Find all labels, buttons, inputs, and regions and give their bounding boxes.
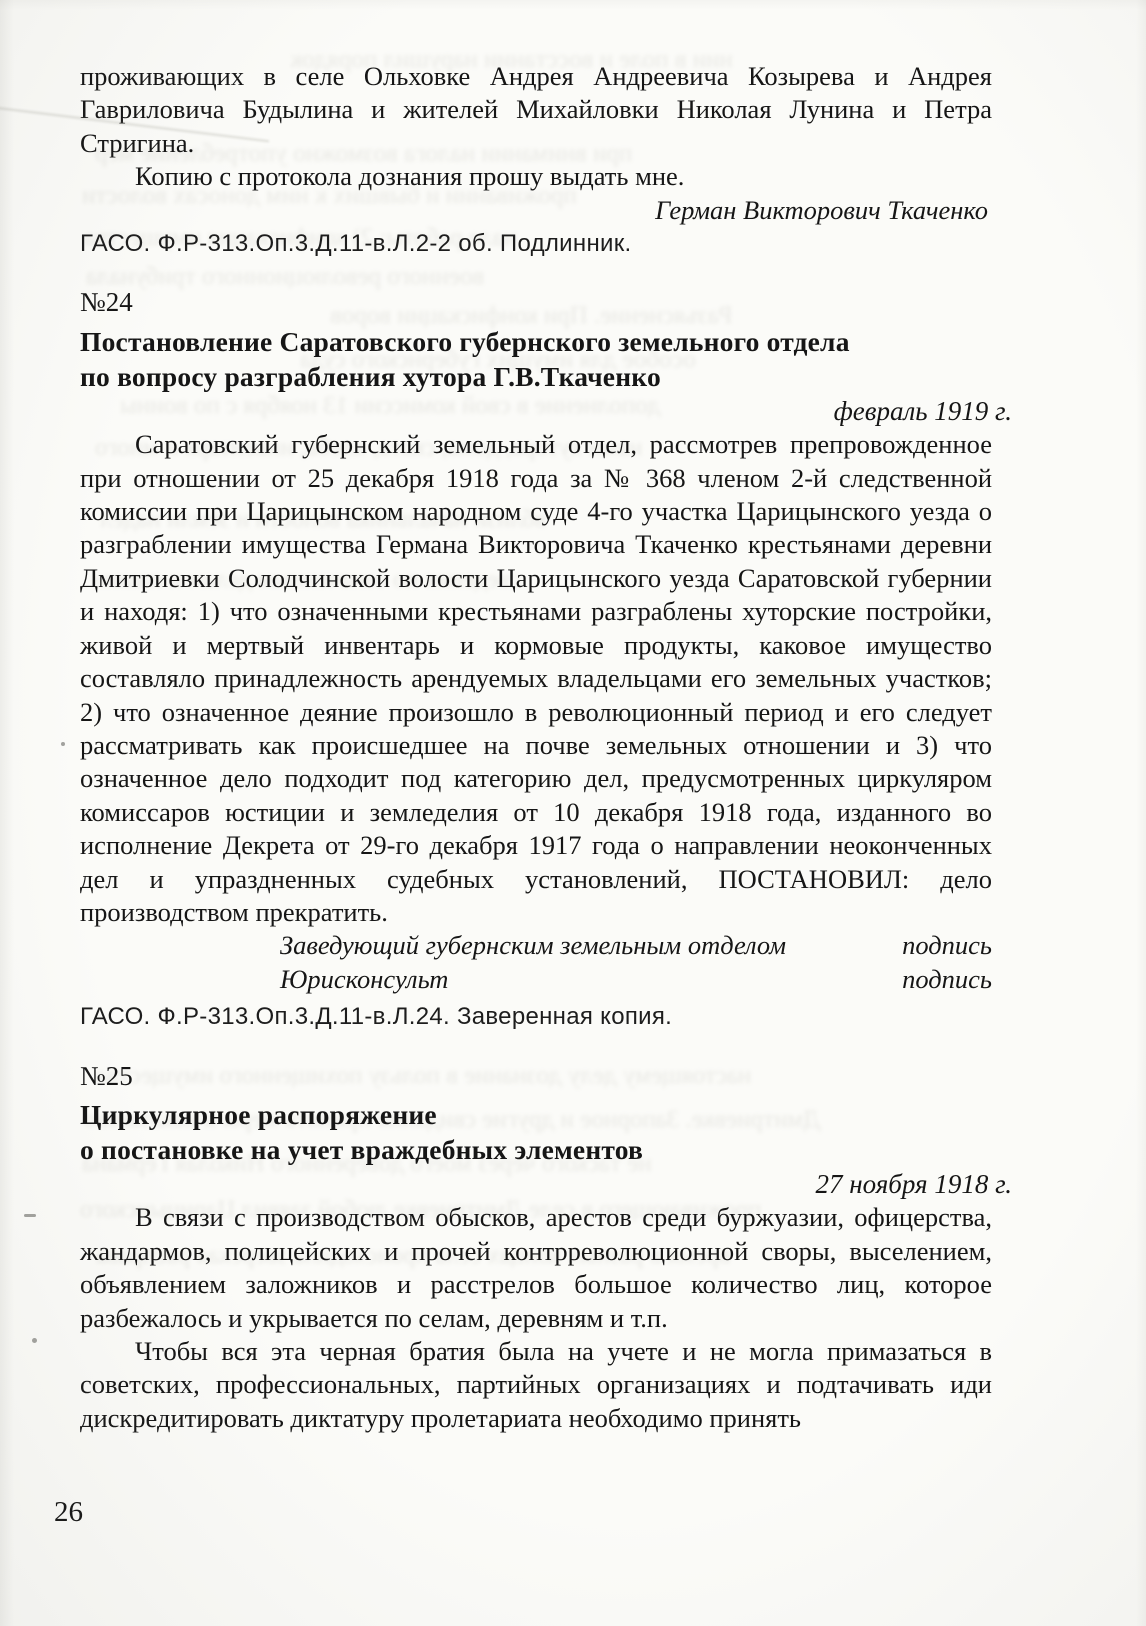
document-title-line: Циркулярное распоряжение <box>80 1097 992 1132</box>
scan-speck <box>24 1214 36 1217</box>
scan-speck <box>32 1338 37 1343</box>
paragraph: Саратовский губернский земельный отдел, … <box>80 428 992 929</box>
signature-mark: подпись <box>902 963 992 996</box>
document-number: №24 <box>80 286 992 319</box>
signatory-role: Юрисконсульт <box>280 963 448 996</box>
signature-row: Заведующий губернским земельным отделом … <box>80 929 992 962</box>
paragraph: Чтобы вся эта черная братия была на учет… <box>80 1335 992 1435</box>
paragraph: проживающих в селе Ольховке Андрея Андре… <box>80 60 992 160</box>
document-title-line: по вопросу разграбления хутора Г.В.Ткаче… <box>80 359 992 394</box>
document-25: №25 Циркулярное распоряжение о постановк… <box>80 1060 992 1436</box>
scan-speck <box>61 742 65 746</box>
archive-reference: ГАСО. Ф.Р-313.Оп.3.Д.11-в.Л.24. Заверенн… <box>80 1000 992 1033</box>
document-title-line: о постановке на учет враждебных элементо… <box>80 1132 992 1167</box>
page-content: проживающих в селе Ольховке Андрея Андре… <box>80 60 992 1435</box>
document-title-line: Постановление Саратовского губернского з… <box>80 324 992 359</box>
document-number: №25 <box>80 1060 992 1093</box>
page-number: 26 <box>54 1496 83 1529</box>
signature-row: Юрисконсульт подпись <box>80 963 992 996</box>
document-23-continuation: проживающих в селе Ольховке Андрея Андре… <box>80 60 992 260</box>
document-date: 27 ноября 1918 г. <box>80 1168 1012 1201</box>
document-24: №24 Постановление Саратовского губернско… <box>80 286 992 1033</box>
signature-mark: подпись <box>902 929 992 962</box>
signatory-role: Заведующий губернским земельным отделом <box>280 929 786 962</box>
document-date: февраль 1919 г. <box>80 395 1012 428</box>
paragraph: В связи с производством обысков, арестов… <box>80 1201 992 1335</box>
signature-name: Герман Викторович Ткаченко <box>80 194 992 227</box>
paragraph: Копию с протокола дознания прошу выдать … <box>80 160 992 193</box>
scanned-book-page: { "page": { "number": "26" }, "continuat… <box>0 0 1146 1626</box>
archive-reference: ГАСО. Ф.Р-313.Оп.3.Д.11-в.Л.2-2 об. Подл… <box>80 227 992 260</box>
